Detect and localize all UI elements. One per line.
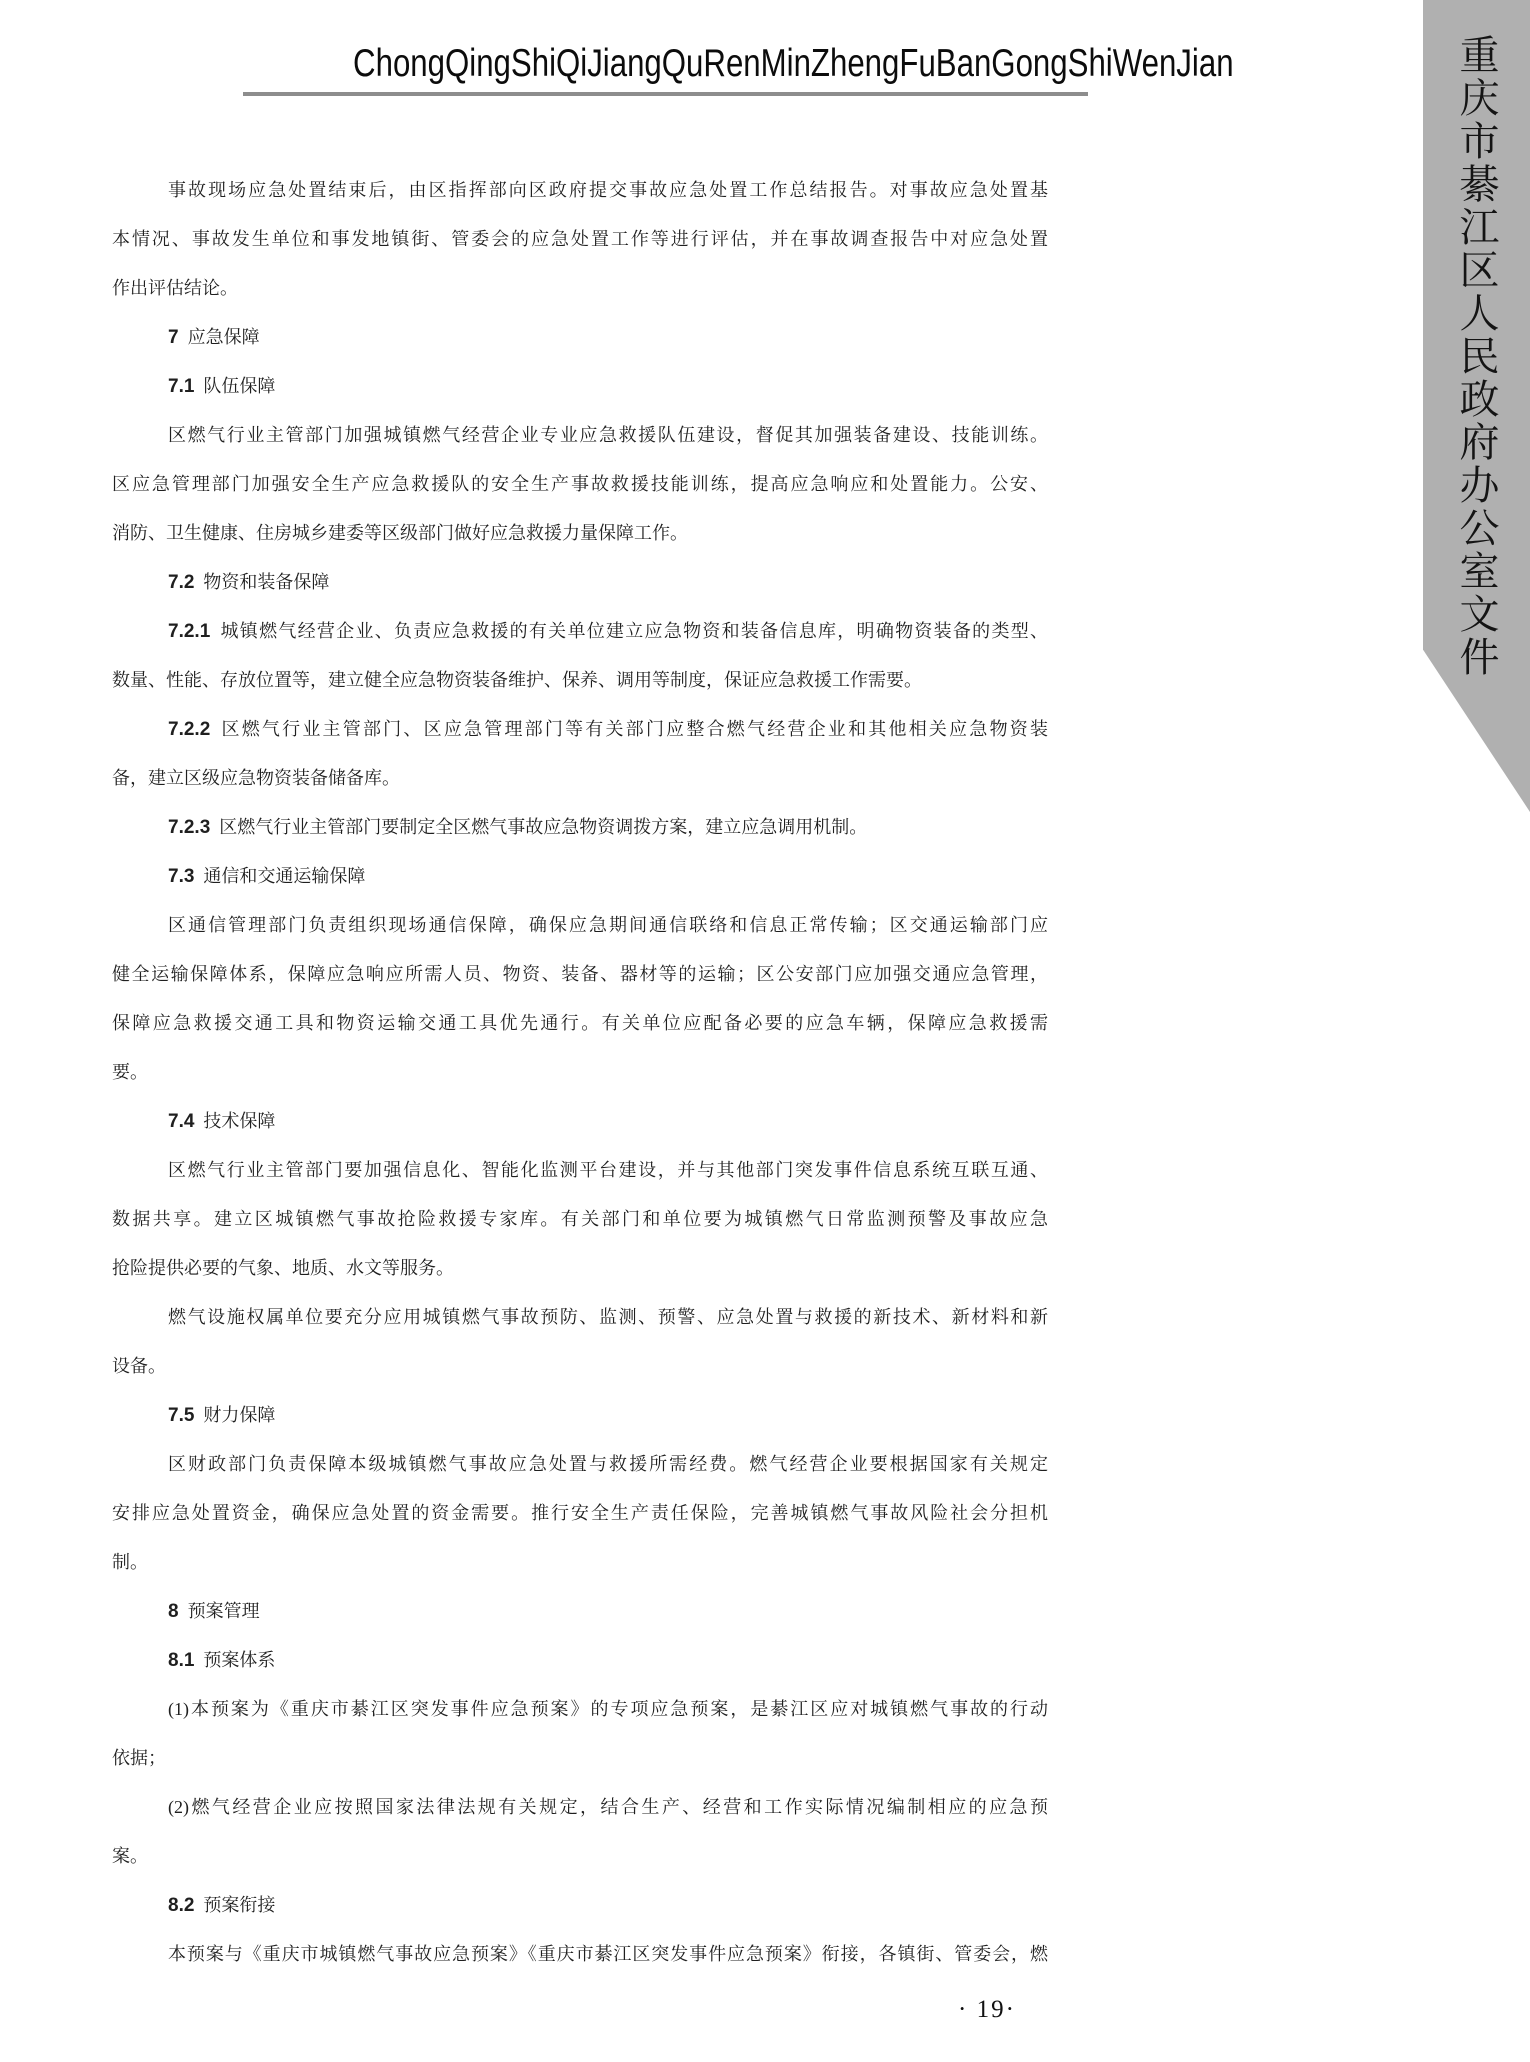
text-line: 保障应急救援交通工具和物资运输交通工具优先通行。有关单位应配备必要的应急车辆，保… bbox=[112, 999, 1048, 1048]
text-line: 燃气设施权属单位要充分应用城镇燃气事故预防、监测、预警、应急处置与救援的新技术、… bbox=[112, 1293, 1048, 1342]
document-lines: 事故现场应急处置结束后，由区指挥部向区政府提交事故应急处置工作总结报告。对事故应… bbox=[112, 166, 1048, 1979]
text-line: 数量、性能、存放位置等，建立健全应急物资装备维护、保养、调用等制度，保证应急救援… bbox=[112, 656, 1048, 705]
section-heading: 8预案管理 bbox=[112, 1587, 1048, 1636]
section-number: 7 bbox=[168, 327, 179, 348]
section-number: 7.5 bbox=[168, 1405, 194, 1426]
sidebar-vertical-title: 重庆市綦江区人民政府办公室文件 bbox=[1448, 34, 1505, 679]
section-number: 7.2.1 bbox=[168, 621, 210, 642]
section-number: 8.2 bbox=[168, 1895, 194, 1916]
text-line: 区应急管理部门加强安全生产应急救援队的安全生产事故救援技能训练，提高应急响应和处… bbox=[112, 460, 1048, 509]
text-line: 抢险提供必要的气象、地质、水文等服务。 bbox=[112, 1244, 1048, 1293]
section-number: 7.2.3 bbox=[168, 817, 210, 838]
text-line: 区燃气行业主管部门加强城镇燃气经营企业专业应急救援队伍建设，督促其加强装备建设、… bbox=[112, 411, 1048, 460]
section-number: 7.1 bbox=[168, 376, 194, 397]
section-heading: 7.3通信和交通运输保障 bbox=[112, 852, 1048, 901]
text-line: 本情况、事故发生单位和事发地镇街、管委会的应急处置工作等进行评估，并在事故调查报… bbox=[112, 215, 1048, 264]
text-line: 数据共享。建立区城镇燃气事故抢险救援专家库。有关部门和单位要为城镇燃气日常监测预… bbox=[112, 1195, 1048, 1244]
section-number: 7.3 bbox=[168, 866, 194, 887]
text-line: 案。 bbox=[112, 1832, 1048, 1881]
text-line: 健全运输保障体系，保障应急响应所需人员、物资、装备、器材等的运输；区公安部门应加… bbox=[112, 950, 1048, 999]
header-rule bbox=[243, 92, 1088, 96]
text-line: 区通信管理部门负责组织现场通信保障，确保应急期间通信联络和信息正常传输；区交通运… bbox=[112, 901, 1048, 950]
text-line: 区财政部门负责保障本级城镇燃气事故应急处置与救援所需经费。燃气经营企业要根据国家… bbox=[112, 1440, 1048, 1489]
section-heading: 7.2物资和装备保障 bbox=[112, 558, 1048, 607]
text-line: 设备。 bbox=[112, 1342, 1048, 1391]
text-line: 区燃气行业主管部门要加强信息化、智能化监测平台建设，并与其他部门突发事件信息系统… bbox=[112, 1146, 1048, 1195]
text-line: (2)燃气经营企业应按照国家法律法规有关规定，结合生产、经营和工作实际情况编制相… bbox=[112, 1783, 1048, 1832]
section-number: 7.2.2 bbox=[168, 719, 210, 740]
section-heading: 7.4技术保障 bbox=[112, 1097, 1048, 1146]
section-heading: 7应急保障 bbox=[112, 313, 1048, 362]
document-body: 事故现场应急处置结束后，由区指挥部向区政府提交事故应急处置工作总结报告。对事故应… bbox=[112, 166, 1048, 1979]
section-heading: 7.5财力保障 bbox=[112, 1391, 1048, 1440]
text-line: 作出评估结论。 bbox=[112, 264, 1048, 313]
document-page: ChongQingShiQiJiangQuRenMinZhengFuBanGon… bbox=[0, 0, 1530, 2062]
sidebar-ribbon: 重庆市綦江区人民政府办公室文件 bbox=[1423, 0, 1530, 812]
text-line: 本预案与《重庆市城镇燃气事故应急预案》《重庆市綦江区突发事件应急预案》衔接，各镇… bbox=[112, 1930, 1048, 1979]
page-number: · 19· bbox=[958, 1996, 1016, 2024]
text-line: 依据； bbox=[112, 1734, 1048, 1783]
text-line: 备，建立区级应急物资装备储备库。 bbox=[112, 754, 1048, 803]
header-pinyin-title: ChongQingShiQiJiangQuRenMinZhengFuBanGon… bbox=[243, 42, 1088, 86]
section-heading: 7.1队伍保障 bbox=[112, 362, 1048, 411]
text-line: 7.2.3区燃气行业主管部门要制定全区燃气事故应急物资调拨方案，建立应急调用机制… bbox=[112, 803, 1048, 852]
text-line: 消防、卫生健康、住房城乡建委等区级部门做好应急救援力量保障工作。 bbox=[112, 509, 1048, 558]
section-number: 8 bbox=[168, 1601, 179, 1622]
text-line: 7.2.2区燃气行业主管部门、区应急管理部门等有关部门应整合燃气经营企业和其他相… bbox=[112, 705, 1048, 754]
text-line: 要。 bbox=[112, 1048, 1048, 1097]
section-number: 7.4 bbox=[168, 1111, 194, 1132]
text-line: 制。 bbox=[112, 1538, 1048, 1587]
header-pinyin-text: ChongQingShiQiJiangQuRenMinZhengFuBanGon… bbox=[353, 42, 1233, 86]
text-line: (1)本预案为《重庆市綦江区突发事件应急预案》的专项应急预案，是綦江区应对城镇燃… bbox=[112, 1685, 1048, 1734]
text-line: 安排应急处置资金，确保应急处置的资金需要。推行安全生产责任保险，完善城镇燃气事故… bbox=[112, 1489, 1048, 1538]
text-line: 7.2.1城镇燃气经营企业、负责应急救援的有关单位建立应急物资和装备信息库，明确… bbox=[112, 607, 1048, 656]
section-number: 7.2 bbox=[168, 572, 194, 593]
section-heading: 8.1预案体系 bbox=[112, 1636, 1048, 1685]
section-heading: 8.2预案衔接 bbox=[112, 1881, 1048, 1930]
section-number: 8.1 bbox=[168, 1650, 194, 1671]
text-line: 事故现场应急处置结束后，由区指挥部向区政府提交事故应急处置工作总结报告。对事故应… bbox=[112, 166, 1048, 215]
